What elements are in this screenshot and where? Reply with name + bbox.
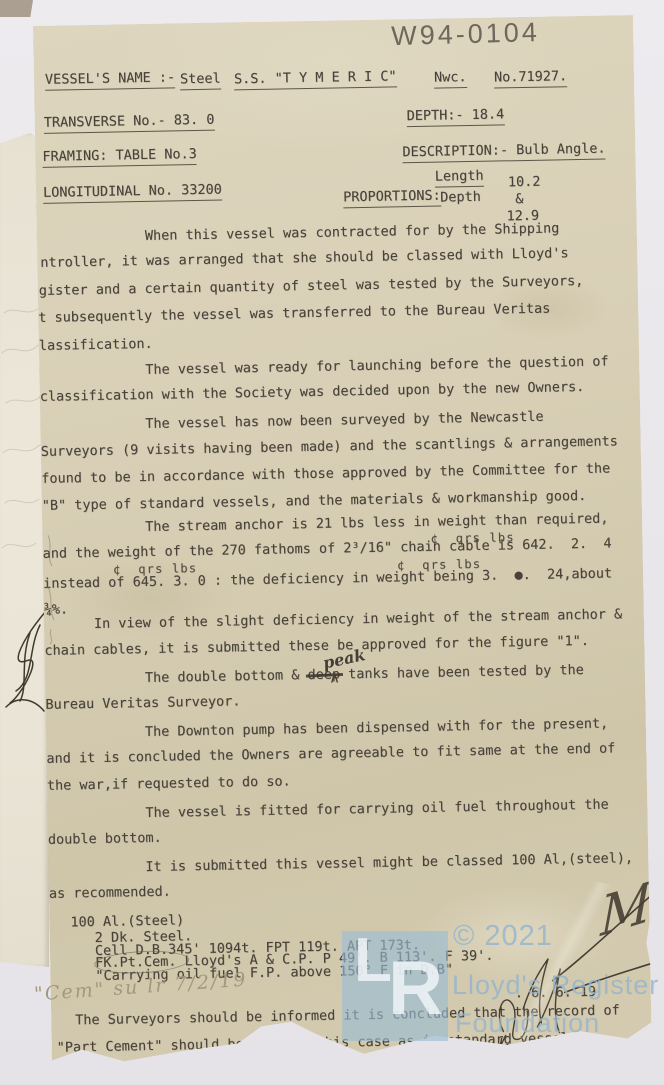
- typed-line: and it is concluded the Owners are agree…: [46, 741, 615, 767]
- typed-line: lassification.: [39, 337, 153, 355]
- typed-line: t subsequently the vessel was transferre…: [38, 302, 550, 327]
- depth-value: DEPTH:- 18.4: [407, 107, 505, 124]
- typed-line: In view of the slight deficiency in weig…: [94, 607, 623, 632]
- typed-line: the war,if requested to do so.: [47, 774, 291, 794]
- proportions-denominator: Depth: [440, 190, 481, 206]
- typed-line: Bureau Veritas Surveyor.: [45, 694, 240, 713]
- typed-line: classification with the Society was deci…: [40, 380, 585, 405]
- typed-line: The double bottom & deep tanks have been…: [145, 663, 584, 687]
- insertion-caret-mark: ∧: [329, 668, 340, 686]
- typed-line: When this vessel was contracted for by t…: [145, 221, 560, 244]
- vessel-number: No.71927.: [494, 69, 567, 86]
- margin-pencil-marks: [42, 526, 64, 646]
- survey-report-page: W94-0104 VESSEL'S NAME :-SteelS.S. "T Y …: [33, 15, 652, 1069]
- framing-table: FRAMING: TABLE No.3: [42, 147, 197, 165]
- typed-line: The vessel is fitted for carrying oil fu…: [145, 798, 608, 822]
- typed-line: and the weight of the 270 fathoms of 2³/…: [43, 536, 612, 562]
- typed-line: chain cables, it is submitted these be a…: [44, 634, 589, 659]
- typed-line: Surveyors (9 visits having been made) an…: [41, 434, 618, 460]
- vessel-port: Nwc.: [434, 70, 467, 86]
- archive-reference-handwriting: W94-0104: [391, 17, 540, 52]
- typed-line: The Downton pump has been dispensed with…: [145, 717, 608, 741]
- proportions-value-1: 10.2: [508, 175, 541, 191]
- typed-line: The stream anchor is 21 lbs less in weig…: [145, 512, 608, 536]
- typed-line: ntroller, it was arranged that she shoul…: [40, 246, 569, 271]
- transverse-number: TRANSVERSE No.- 83. 0: [44, 113, 215, 132]
- typed-line: as recommended.: [49, 885, 171, 903]
- typed-line: gister and a certain quantity of steel w…: [39, 274, 584, 299]
- typed-line: The vessel has now been surveyed by the …: [145, 410, 543, 433]
- vessel-name: S.S. "T Y M E R I C": [234, 69, 397, 87]
- typed-line: found to be in accordance with those app…: [41, 461, 610, 487]
- typed-text-layer: VESSEL'S NAME :-SteelS.S. "T Y M E R I C…: [33, 15, 633, 26]
- proportions-label: PROPORTIONS:: [343, 189, 441, 206]
- longitudinal-number: LONGITUDINAL No. 33200: [43, 183, 222, 202]
- proportions-numerator: Length: [435, 169, 484, 185]
- typed-line: The vessel was ready for launching befor…: [145, 355, 608, 379]
- typed-line: double bottom.: [48, 831, 162, 849]
- vessel-material: Steel: [180, 72, 221, 88]
- description-value: DESCRIPTION:- Bulb Angle.: [402, 142, 605, 161]
- vessel-name-label: VESSEL'S NAME :-: [45, 70, 175, 88]
- proportions-amp: &: [515, 192, 523, 208]
- background-object: [0, 0, 33, 17]
- typed-line: "B" type of standard vessels, and the ma…: [42, 489, 587, 514]
- signature-scrawl: [488, 938, 568, 1051]
